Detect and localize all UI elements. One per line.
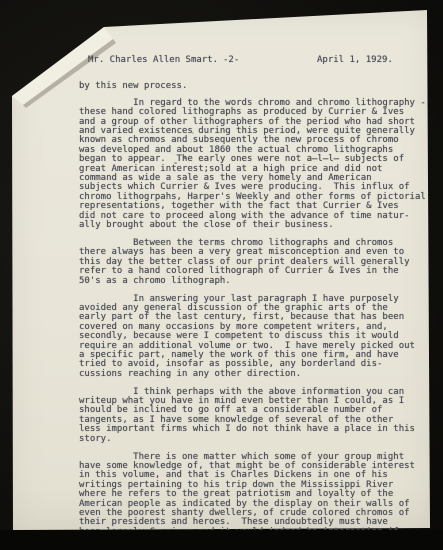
typewritten-line: less important firms which I do not thin… <box>79 425 431 434</box>
recipient-name: Mr. Charles Allen Smart. <box>88 56 218 65</box>
letter-header: Mr. Charles Allen Smart. -2- April 1, 19… <box>79 56 431 65</box>
scan-edge-strip <box>0 530 443 550</box>
paragraph: In answering your last paragraph I have … <box>79 295 431 380</box>
letter-date: April 1, 1929. <box>317 56 393 65</box>
typewritten-line: cussions reaching in any other direction… <box>79 370 431 379</box>
paragraph: There is one matter which some of your g… <box>79 453 431 538</box>
opening-line: by this new process. <box>79 82 431 91</box>
page-number: -2- <box>223 56 239 65</box>
paragraph: I think perhaps with the above informati… <box>79 388 431 444</box>
typewritten-line: ally brought about the close of their bu… <box>79 221 431 230</box>
typewritten-line: 50's as a chromo lithograph. <box>79 277 431 286</box>
letter-paragraphs: In regard to the words chromo and chromo… <box>79 99 431 537</box>
scanned-letter-page: Mr. Charles Allen Smart. -2- April 1, 19… <box>0 0 443 550</box>
paragraph: Between the terms chromo lithographs and… <box>79 239 431 286</box>
typewritten-letter-body: Mr. Charles Allen Smart. -2- April 1, 19… <box>79 56 431 546</box>
typewritten-line: story. <box>79 435 431 444</box>
paragraph: In regard to the words chromo and chromo… <box>79 99 431 231</box>
